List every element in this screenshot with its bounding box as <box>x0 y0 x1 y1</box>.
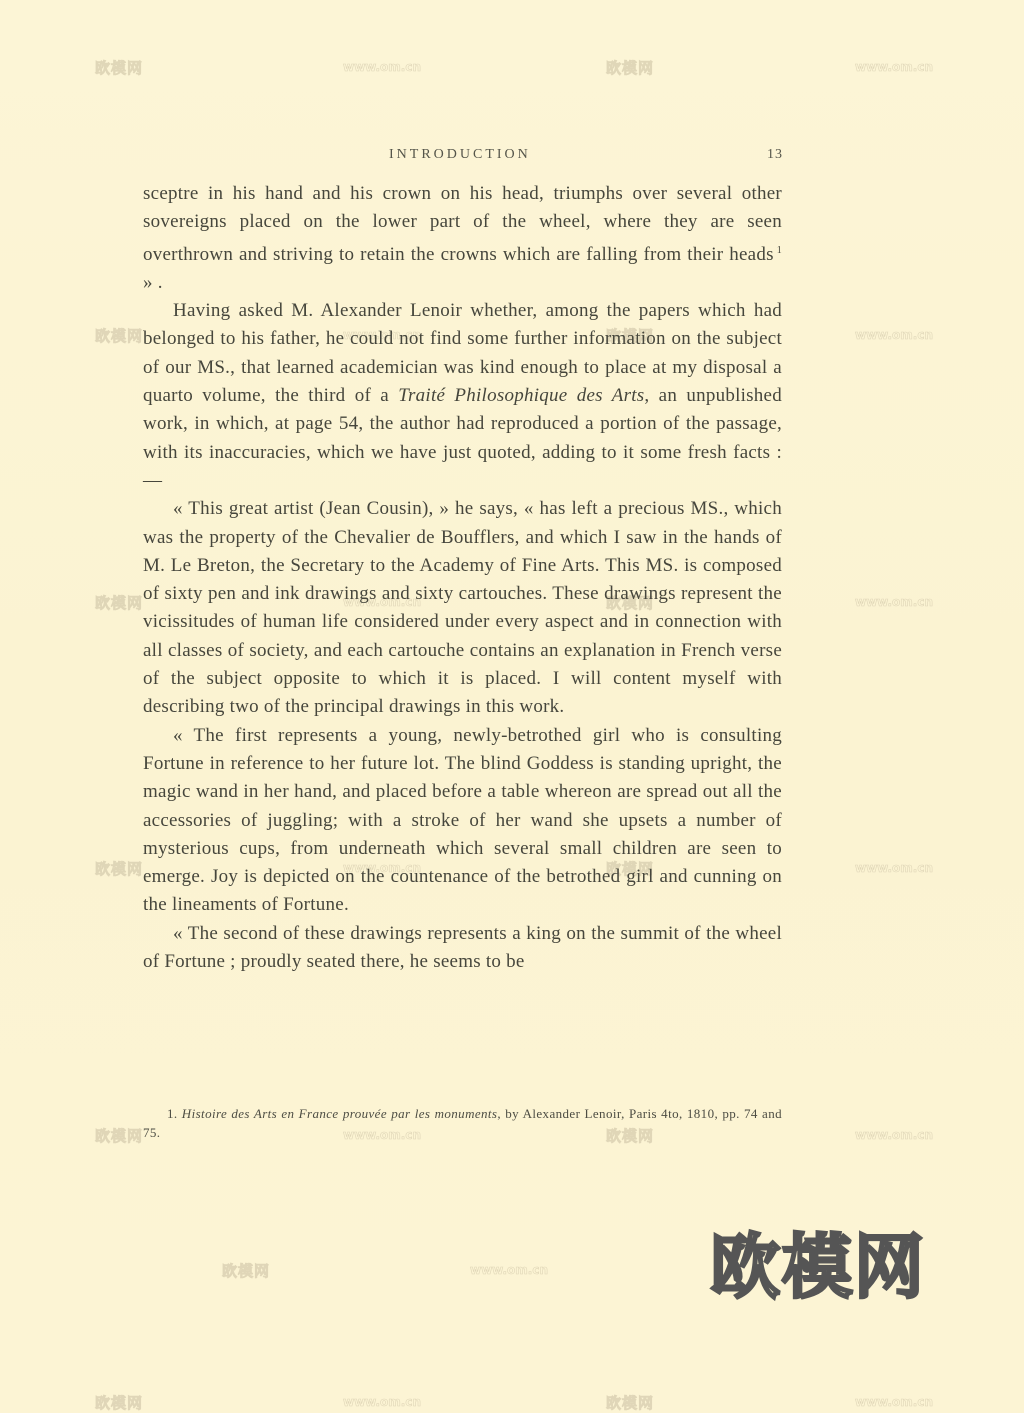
watermark-url: www.om.cn <box>855 328 933 342</box>
watermark-logo: 欧模网 <box>95 1392 143 1413</box>
watermark-url: www.om.cn <box>855 595 933 609</box>
footnote-number: 1. <box>167 1106 178 1121</box>
paragraph: sceptre in his hand and his crown on his… <box>143 180 782 297</box>
footnote-reference[interactable]: 1 <box>777 245 782 256</box>
watermark-logo: 欧模网 <box>606 1392 654 1413</box>
watermark-url: www.om.cn <box>343 60 421 74</box>
paragraph: « This great artist (Jean Cousin), » he … <box>143 495 782 721</box>
page-number: 13 <box>767 147 783 163</box>
watermark-logo-large: 欧模网 <box>710 1225 926 1309</box>
watermark-logo: 欧模网 <box>95 325 143 346</box>
watermark-url: www.om.cn <box>470 1263 548 1277</box>
watermark-logo: 欧模网 <box>95 858 143 879</box>
running-title: INTRODUCTION <box>389 147 531 163</box>
watermark-logo: 欧模网 <box>95 592 143 613</box>
watermark-url: www.om.cn <box>855 1128 933 1142</box>
book-title-italic: Traité Philosophique des Arts <box>398 385 644 406</box>
watermark-url: www.om.cn <box>855 60 933 74</box>
footnote-entry: 1. Histoire des Arts en France prouvée p… <box>143 1104 782 1142</box>
running-head: INTRODUCTION 13 <box>143 147 783 167</box>
watermark-url: www.om.cn <box>343 1395 421 1409</box>
watermark-logo: 欧模网 <box>95 57 143 78</box>
body-text: sceptre in his hand and his crown on his… <box>143 180 782 976</box>
watermark-logo: 欧模网 <box>222 1260 270 1281</box>
paragraph: « The first represents a young, newly-be… <box>143 722 782 920</box>
footnote: 1. Histoire des Arts en France prouvée p… <box>143 1104 782 1142</box>
paragraph: « The second of these drawings represent… <box>143 920 782 977</box>
book-page: 欧模网 www.om.cn 欧模网 www.om.cn 欧模网 www.om.c… <box>0 0 1024 1413</box>
footnote-title: Histoire des Arts en France prouvée par … <box>182 1106 498 1121</box>
watermark-url: www.om.cn <box>855 861 933 875</box>
watermark-logo: 欧模网 <box>606 57 654 78</box>
watermark-logo: 欧模网 <box>95 1125 143 1146</box>
watermark-url: www.om.cn <box>855 1395 933 1409</box>
paragraph: Having asked M. Alexander Lenoir whether… <box>143 297 782 495</box>
